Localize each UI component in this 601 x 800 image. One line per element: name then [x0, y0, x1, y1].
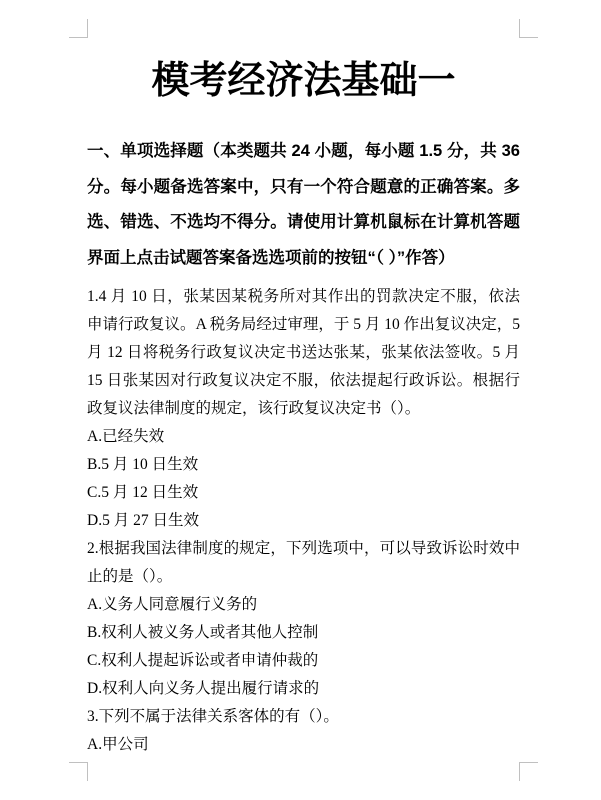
question-3-stem: 3.下列不属于法律关系客体的有（）。 — [87, 703, 520, 731]
questions-list: 1.4 月 10 日，张某因某税务所对其作出的罚款决定不服，依法申请行政复议。A… — [87, 283, 520, 759]
margin-crop-mark-bottom-left — [69, 762, 88, 781]
question-2: 2.根据我国法律制度的规定，下列选项中，可以导致诉讼时效中止的是（）。 A.义务… — [87, 535, 520, 703]
question-1-option-c: C.5 月 12 日生效 — [87, 479, 520, 507]
question-1-option-d: D.5 月 27 日生效 — [87, 507, 520, 535]
question-2-option-c: C.权利人提起诉讼或者申请仲裁的 — [87, 647, 520, 675]
page-content: 模考经济法基础一 一、单项选择题（本类题共 24 小题，每小题 1.5 分，共 … — [87, 0, 520, 759]
question-2-option-b: B.权利人被义务人或者其他人控制 — [87, 619, 520, 647]
margin-crop-mark-top-right — [519, 19, 538, 38]
question-3-option-a: A.甲公司 — [87, 731, 520, 759]
question-1-option-a: A.已经失效 — [87, 423, 520, 451]
document-title: 模考经济法基础一 — [87, 58, 520, 104]
question-2-stem: 2.根据我国法律制度的规定，下列选项中，可以导致诉讼时效中止的是（）。 — [87, 535, 520, 591]
question-1-option-b: B.5 月 10 日生效 — [87, 451, 520, 479]
question-3: 3.下列不属于法律关系客体的有（）。 A.甲公司 — [87, 703, 520, 759]
section-heading: 一、单项选择题（本类题共 24 小题，每小题 1.5 分，共 36 分。每小题备… — [87, 134, 520, 276]
margin-crop-mark-bottom-right — [519, 762, 538, 781]
question-1: 1.4 月 10 日，张某因某税务所对其作出的罚款决定不服，依法申请行政复议。A… — [87, 283, 520, 535]
question-1-stem: 1.4 月 10 日，张某因某税务所对其作出的罚款决定不服，依法申请行政复议。A… — [87, 283, 520, 423]
question-2-option-a: A.义务人同意履行义务的 — [87, 591, 520, 619]
document-page: 模考经济法基础一 一、单项选择题（本类题共 24 小题，每小题 1.5 分，共 … — [0, 0, 601, 800]
margin-crop-mark-top-left — [69, 19, 88, 38]
question-2-option-d: D.权利人向义务人提出履行请求的 — [87, 675, 520, 703]
